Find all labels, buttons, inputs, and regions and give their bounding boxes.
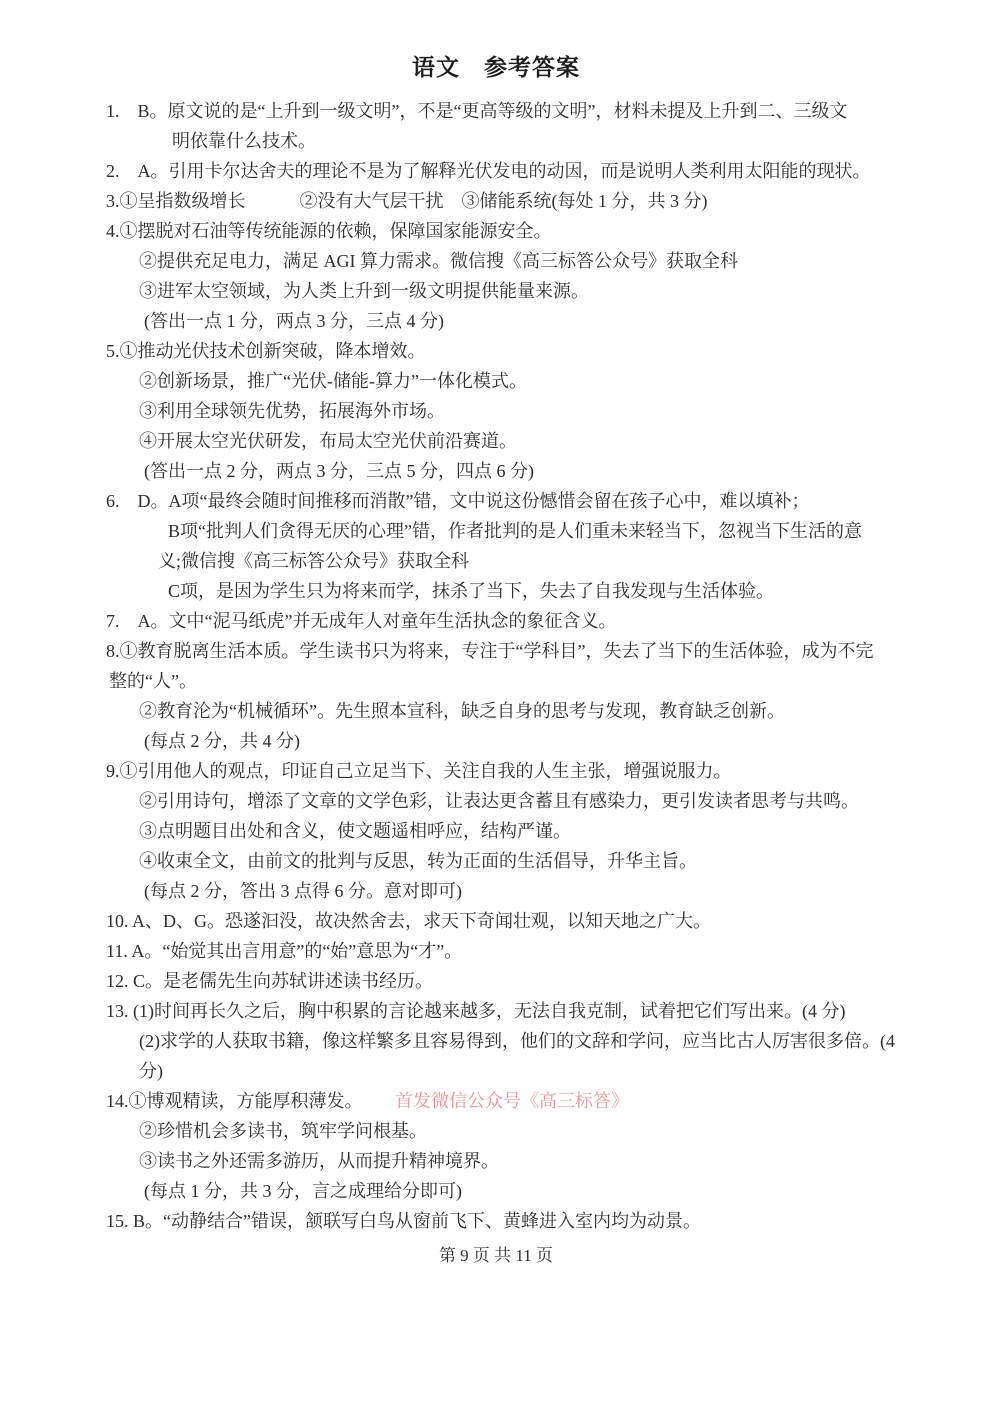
answer-line-q13-1: 13. (1)时间再长久之后，胸中积累的言论越来越多，无法自我克制，试着把它们写… bbox=[106, 996, 912, 1026]
answer-line-q13-2: (2)求学的人获取书籍，像这样繁多且容易得到，他们的文辞和学问，应当比古人厉害很… bbox=[106, 1026, 912, 1056]
answer-line-q5-4: ④开展太空光伏研发，布局太空光伏前沿赛道。 bbox=[106, 426, 912, 456]
answers-content: 1. B。原文说的是“上升到一级文明”，不是“更高等级的文明”，材料未提及上升到… bbox=[0, 96, 992, 1236]
answer-text: 14.①博观精读，方能厚积薄发。 bbox=[106, 1091, 363, 1111]
answer-line-q1: 1. B。原文说的是“上升到一级文明”，不是“更高等级的文明”，材料未提及上升到… bbox=[106, 96, 912, 126]
answer-line-q4-3: ③进军太空领域，为人类上升到一级文明提供能量来源。 bbox=[106, 276, 912, 306]
answer-line-q5-score: (答出一点 2 分，两点 3 分，三点 5 分，四点 6 分) bbox=[106, 456, 912, 486]
answer-line-q6-c: C项，是因为学生只为将来而学，抹杀了当下，失去了自我发现与生活体验。 bbox=[106, 576, 912, 606]
answer-line-q4-1: 4.①摆脱对石油等传统能源的依赖，保障国家能源安全。 bbox=[106, 216, 912, 246]
page-title: 语文 参考答案 bbox=[0, 0, 992, 84]
answer-line-q9-score: (每点 2 分，答出 3 点得 6 分。意对即可) bbox=[106, 876, 912, 906]
answer-line-q14-1: 14.①博观精读，方能厚积薄发。 首发微信公众号《高三标答》 bbox=[106, 1086, 912, 1116]
answer-line-q14-2: ②珍惜机会多读书，筑牢学问根基。 bbox=[106, 1116, 912, 1146]
answer-line-q3: 3.①呈指数级增长 ②没有大气层干扰 ③储能系统(每处 1 分，共 3 分) bbox=[106, 186, 912, 216]
answer-line-q6-b: B项“批判人们贪得无厌的心理”错，作者批判的是人们重未来轻当下，忽视当下生活的意 bbox=[106, 516, 912, 546]
answer-line-q11: 11. A。“始觉其出言用意”的“始”意思为“才”。 bbox=[106, 936, 912, 966]
answer-line-q10: 10. A、D、G。恐遂汩没，故决然舍去，求天下奇闻壮观，以知天地之广大。 bbox=[106, 906, 912, 936]
answer-line-q9-3: ③点明题目出处和含义，使文题遥相呼应，结构严谨。 bbox=[106, 816, 912, 846]
answer-line-q7: 7. A。文中“泥马纸虎”并无成年人对童年生活执念的象征含义。 bbox=[106, 606, 912, 636]
answer-line-q14-3: ③读书之外还需多游历，从而提升精神境界。 bbox=[106, 1146, 912, 1176]
answer-line-q5-2: ②创新场景，推广“光伏-储能-算力”一体化模式。 bbox=[106, 366, 912, 396]
answer-line-q2: 2. A。引用卡尔达舍夫的理论不是为了解释光伏发电的动因，而是说明人类利用太阳能… bbox=[106, 156, 912, 186]
answer-line-q4-score: (答出一点 1 分，两点 3 分，三点 4 分) bbox=[106, 306, 912, 336]
answer-line-q8-1: 8.①教育脱离生活本质。学生读书只为将来，专注于“学科目”，失去了当下的生活体验… bbox=[106, 636, 912, 666]
answer-key-page: 语文 参考答案 1. B。原文说的是“上升到一级文明”，不是“更高等级的文明”，… bbox=[0, 0, 992, 1403]
answer-line-q15: 15. B。“动静结合”错误，颔联写白鸟从窗前飞下、黄蜂进入室内均为动景。 bbox=[106, 1206, 912, 1236]
answer-line-q9-2: ②引用诗句，增添了文章的文学色彩，让表达更含蓄且有感染力，更引发读者思考与共鸣。 bbox=[106, 786, 912, 816]
answer-line-q4-2: ②提供充足电力，满足 AGI 算力需求。微信搜《高三标答公众号》获取全科 bbox=[106, 246, 912, 276]
answer-line-q13-2-wrap: 分) bbox=[106, 1056, 912, 1086]
answer-line-q1-wrap: 明依靠什么技术。 bbox=[106, 126, 912, 156]
answer-line-q6-a: 6. D。A项“最终会随时间推移而消散”错，文中说这份憾惜会留在孩子心中，难以填… bbox=[106, 486, 912, 516]
watermark-text: 首发微信公众号《高三标答》 bbox=[395, 1091, 629, 1111]
answer-line-q5-3: ③利用全球领先优势，拓展海外市场。 bbox=[106, 396, 912, 426]
answer-line-q5-1: 5.①推动光伏技术创新突破，降本增效。 bbox=[106, 336, 912, 366]
answer-line-q8-1-wrap: 整的“人”。 bbox=[106, 666, 912, 696]
answer-line-q14-score: (每点 1 分，共 3 分，言之成理给分即可) bbox=[106, 1176, 912, 1206]
answer-line-q12: 12. C。是老儒先生向苏轼讲述读书经历。 bbox=[106, 966, 912, 996]
answer-line-q9-1: 9.①引用他人的观点，印证自己立足当下、关注自我的人生主张，增强说服力。 bbox=[106, 756, 912, 786]
page-footer: 第 9 页 共 11 页 bbox=[0, 1242, 992, 1270]
answer-line-q8-2: ②教育沦为“机械循环”。先生照本宣科，缺乏自身的思考与发现，教育缺乏创新。 bbox=[106, 696, 912, 726]
answer-line-q6-b-wrap: 义;微信搜《高三标答公众号》获取全科 bbox=[106, 546, 912, 576]
answer-line-q8-score: (每点 2 分，共 4 分) bbox=[106, 726, 912, 756]
answer-line-q9-4: ④收束全文，由前文的批判与反思，转为正面的生活倡导，升华主旨。 bbox=[106, 846, 912, 876]
